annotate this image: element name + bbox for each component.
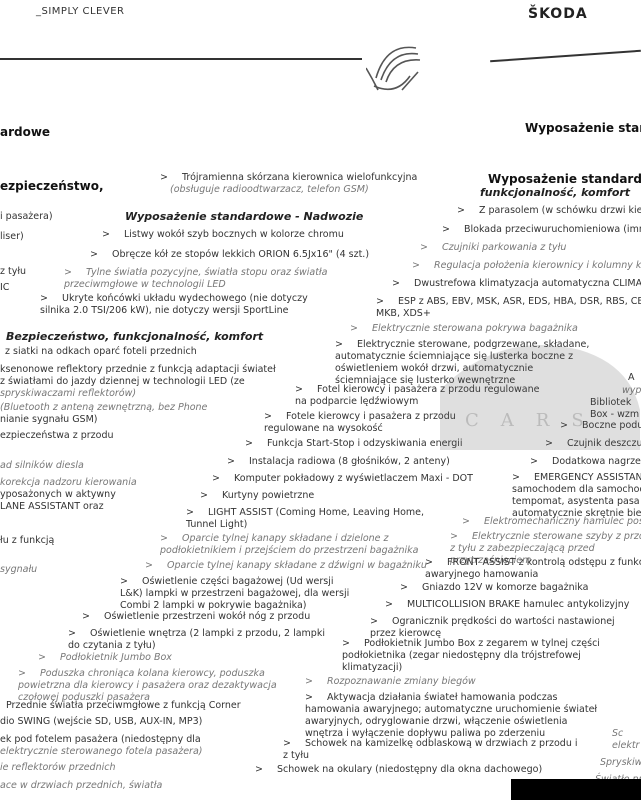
center-item: >Oświetlenie wnętrza (2 lampki z przodu,… bbox=[68, 628, 328, 652]
left-item: łu z funkcją bbox=[0, 535, 54, 547]
center-item: >LIGHT ASSIST (Coming Home, Leaving Home… bbox=[186, 507, 446, 531]
left-item: (Bluetooth z anteną zewnętrzną, bez Phon… bbox=[0, 402, 207, 414]
right-item: >Regulacja położenia kierownicy i kolumn… bbox=[412, 260, 641, 272]
center-item: >Komputer pokładowy z wyświetlaczem Maxi… bbox=[212, 473, 473, 485]
right-item: >EMERGENCY ASSISTANT samochodem dla samo… bbox=[512, 472, 641, 520]
scan-edge-black bbox=[511, 779, 641, 800]
right-item: >Rozpoznawanie zmiany biegów bbox=[305, 676, 476, 688]
skoda-wing-logo-icon bbox=[366, 38, 426, 93]
left-item: z światłami do jazdy dziennej w technolo… bbox=[0, 376, 245, 388]
center-item: >Oparcie tylnej kanapy składane i dzielo… bbox=[160, 533, 420, 557]
center-item: >Poduszka chroniąca kolana kierowcy, pod… bbox=[18, 668, 308, 704]
right-edge-item: Spryskiw bbox=[600, 757, 641, 769]
right-item: >FRONT ASSIST z kontrolą odstępu z funkc… bbox=[425, 557, 641, 581]
center-item: >Listwy wokół szyb bocznych w kolorze ch… bbox=[102, 229, 344, 241]
left-item: dio SWING (wejście SD, USB, AUX-IN, MP3) bbox=[0, 716, 202, 728]
center-item: >Obręcze kół ze stopów lekkich ORION 6.5… bbox=[90, 249, 369, 261]
right-edge-item: Sc elektr bbox=[612, 728, 641, 752]
right-item: >Z parasolem (w schówku drzwi kierowcy) bbox=[457, 205, 641, 217]
center-item: >Oświetlenie przestrzeni wokół nóg z prz… bbox=[82, 611, 310, 623]
right-item: >Dwustrefowa klimatyzacja automatyczna C… bbox=[392, 278, 641, 290]
right-item: >Ogranicznik prędkości do wartości nasta… bbox=[370, 616, 630, 640]
center-item: >Kurtyny powietrzne bbox=[200, 490, 314, 502]
right-item: >ESP z ABS, EBV, MSK, ASR, EDS, HBA, DSR… bbox=[376, 296, 641, 320]
left-item: korekcja nadzoru kierowania bbox=[0, 477, 137, 489]
center-item-cont: (obsługuje radioodtwarzacz, telefon GSM) bbox=[170, 184, 369, 196]
right-section-title: Wyposażenie standardowe bbox=[488, 172, 641, 186]
center-item: >Funkcja Start-Stop i odzyskiwania energ… bbox=[245, 438, 463, 450]
left-item: sygnału bbox=[0, 564, 37, 576]
left-item: z siatki na odkach oparć foteli przednic… bbox=[5, 346, 197, 358]
left-item: ezpieczeństwa z przodu bbox=[0, 430, 114, 442]
left-item: ie reflektorów przednich bbox=[0, 762, 115, 774]
center-section-safety: Bezpieczeństwo, funkcjonalność, komfort bbox=[6, 330, 263, 343]
header-rule-right bbox=[490, 50, 641, 63]
right-item: >Blokada przeciwuruchomieniowa (immobili… bbox=[442, 224, 641, 236]
left-item: nianie sygnału GSM) bbox=[0, 414, 98, 426]
right-title-fragment: Wyposażenie stan bbox=[525, 121, 641, 135]
header-rule-left bbox=[0, 58, 362, 60]
right-item: >Schowek na okulary (niedostępny dla okn… bbox=[255, 764, 542, 776]
watermark-car-icon bbox=[440, 330, 640, 450]
center-item: >Instalacja radiowa (8 głośników, 2 ante… bbox=[227, 456, 450, 468]
right-section-subtitle: funkcjonalność, komfort bbox=[480, 186, 630, 199]
left-item: LANE ASSISTANT oraz bbox=[0, 501, 104, 513]
center-item: >Oparcie tylnej kanapy składane z dźwign… bbox=[145, 560, 427, 572]
center-item: >Ukryte końcówki układu wydechowego (nie… bbox=[40, 293, 325, 317]
left-item: ad silników diesla bbox=[0, 460, 84, 472]
left-item: z tyłu bbox=[0, 266, 26, 278]
left-item: elektrycznie sterowanego fotela pasażera… bbox=[0, 746, 202, 758]
left-item: spryskiwaczami reflektorów) bbox=[0, 388, 136, 400]
left-item: i pasażera) bbox=[0, 211, 53, 223]
brand-logo-text: ŠKODA bbox=[528, 6, 588, 22]
left-section-heading: ezpieczeństwo, bbox=[0, 179, 104, 193]
watermark-text: CARS bbox=[465, 410, 606, 431]
right-item: >Czujniki parkowania z tyłu bbox=[420, 242, 566, 254]
right-item: >MULTICOLLISION BRAKE hamulec antykolizy… bbox=[385, 599, 629, 611]
center-item: >Tylne światła pozycyjne, światła stopu … bbox=[64, 267, 344, 291]
center-item: Przednie światła przeciwmgłowe z funkcją… bbox=[6, 700, 241, 712]
center-item: >Oświetlenie części bagażowej (Ud wersji… bbox=[120, 576, 350, 612]
left-item: liser) bbox=[0, 231, 24, 243]
left-title-fragment: ardowe bbox=[0, 125, 50, 139]
left-item: yposażonych w aktywny bbox=[0, 489, 116, 501]
right-item: >Gniazdo 12V w komorze bagażnika bbox=[400, 582, 588, 594]
left-item: ace w drzwiach przednich, światła bbox=[0, 780, 162, 792]
center-item: >Trójramienna skórzana kierownica wielof… bbox=[160, 172, 417, 184]
right-item: >Podłokietnik Jumbo Box z zegarem w tyln… bbox=[342, 638, 602, 674]
left-item: ek pod fotelem pasażera (niedostępny dla bbox=[0, 734, 201, 746]
right-item: >Dodatkowa nagrzewnica bbox=[530, 456, 641, 468]
right-item: >Schowek na kamizelkę odblaskową w drzwi… bbox=[283, 738, 583, 762]
brand-slogan: _SIMPLY CLEVER bbox=[36, 6, 124, 17]
right-item: >Elektromechaniczny hamulec postojowy bbox=[462, 516, 641, 528]
right-item: >Aktywacja działania świateł hamowania p… bbox=[305, 692, 605, 740]
center-item: >Podłokietnik Jumbo Box bbox=[38, 652, 172, 664]
center-section-exterior: Wyposażenie standardowe - Nadwozie bbox=[125, 210, 363, 223]
left-item: ksenonowe reflektory przednie z funkcją … bbox=[0, 364, 276, 376]
left-item: IC bbox=[0, 282, 9, 294]
